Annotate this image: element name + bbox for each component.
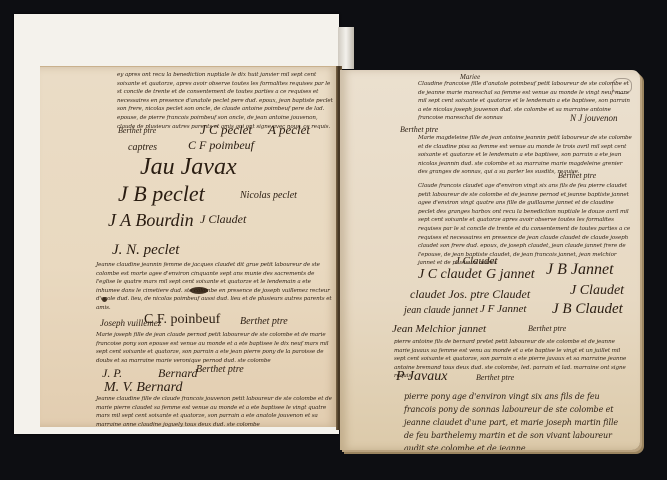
signature: C F poimbeuf bbox=[188, 139, 254, 151]
right-paragraph-5: pierre pony age d'environ vingt six ans … bbox=[404, 390, 624, 450]
signature: J Claudet bbox=[570, 284, 624, 298]
signature: J. P. bbox=[102, 367, 122, 379]
signature: N J jouvenon bbox=[570, 114, 618, 123]
signature: M. V. Bernard bbox=[104, 381, 183, 395]
left-paragraph-2: Jeanne claudine jeannin femme de jacques… bbox=[96, 261, 334, 313]
signature: J B peclet bbox=[118, 183, 205, 205]
right-entry-5: pierre pony age d'environ vingt six ans … bbox=[404, 390, 624, 450]
signature: Jean Melchior jannet bbox=[392, 324, 486, 335]
signature: J F Jannet bbox=[480, 304, 526, 315]
left-entry-2: Jeanne claudine jeannin femme de jacques… bbox=[96, 261, 334, 313]
signature: Jau Javax bbox=[140, 155, 237, 179]
left-entry-3: Marie joseph fille de jean claude pernod… bbox=[96, 331, 334, 365]
signature: C F. poinbeuf bbox=[144, 313, 220, 327]
signature: Berthet ptre bbox=[240, 317, 288, 327]
right-paragraph-2: Marie magdeleine fille de jean antoine j… bbox=[418, 134, 632, 177]
signature-priest: Berthet ptre bbox=[476, 374, 514, 382]
signature: J A Bourdin bbox=[108, 211, 194, 229]
right-page: Mariee Claudine francoise fille d'anatol… bbox=[340, 70, 640, 450]
left-paragraph-4: Jeanne claudine fille de claude francois… bbox=[96, 395, 334, 427]
signature-priest: Berthet ptre bbox=[400, 126, 438, 134]
signature: J Claudet bbox=[200, 213, 246, 225]
signature: Berthet ptre bbox=[196, 365, 244, 375]
ink-blot bbox=[190, 287, 208, 294]
signature: J Claudet bbox=[455, 256, 497, 267]
signature: Bernard bbox=[158, 367, 198, 379]
signature: jean claude jannet bbox=[404, 306, 478, 316]
signature: J B Claudet bbox=[552, 302, 623, 317]
signature: J C claudet bbox=[418, 268, 482, 282]
signature: G jannet bbox=[486, 268, 535, 282]
signature: J. N. peclet bbox=[112, 243, 179, 258]
right-paragraph-3: Claude francois claudet age d'environ vi… bbox=[418, 182, 632, 268]
ink-blot bbox=[102, 297, 107, 302]
signature: J C peclet bbox=[200, 123, 252, 136]
signature: P Javaux bbox=[396, 370, 447, 384]
left-entry-4: Jeanne claudine fille de claude francois… bbox=[96, 395, 334, 427]
signature: claudet Jos. ptre Claudet bbox=[410, 288, 530, 300]
signature-priest: Berthet ptre bbox=[558, 172, 596, 180]
signature: J B Jannet bbox=[546, 262, 614, 278]
signature: captres bbox=[128, 143, 157, 153]
signature-priest: Berthet ptre bbox=[528, 325, 566, 333]
left-page: ey apres ont recu la benediction nuptial… bbox=[40, 66, 338, 427]
signature-priest: Berthet ptre bbox=[118, 127, 156, 135]
binding-tab bbox=[338, 27, 354, 69]
signature: A peclet bbox=[268, 123, 310, 136]
right-entry-3: Claude francois claudet age d'environ vi… bbox=[418, 182, 632, 268]
right-entry-2: Marie magdeleine fille de jean antoine j… bbox=[418, 134, 632, 177]
left-paragraph-3: Marie joseph fille de jean claude pernod… bbox=[96, 331, 334, 365]
signature: Nicolas peclet bbox=[240, 191, 297, 201]
